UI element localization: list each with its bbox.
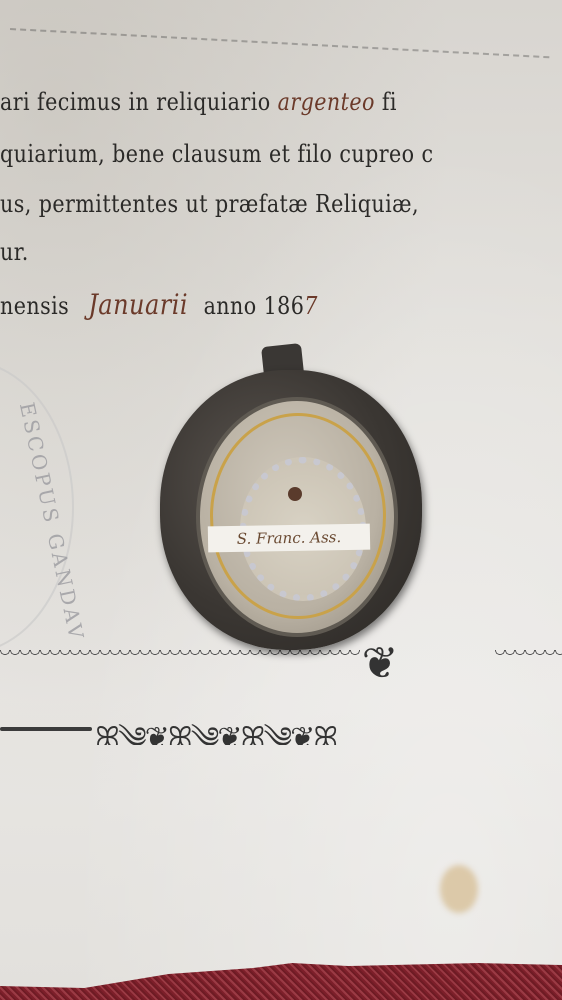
relic-fragment <box>288 487 302 501</box>
wavy-rule-right <box>495 650 562 660</box>
center-ornament: ❦ <box>340 640 420 790</box>
photo-scene: ari fecimus in reliquiario argenteo fi q… <box>0 0 562 1000</box>
straight-rule <box>0 727 92 731</box>
dotted-rule <box>10 28 549 60</box>
handwritten-month: Januarii <box>88 288 188 321</box>
document-line-1: ari fecimus in reliquiario argenteo fi <box>0 88 397 116</box>
relic-label: S. Franc. Ass. <box>208 524 370 553</box>
document-line-5: nensis Januarii anno 1867 <box>0 288 318 321</box>
document-line-4: ur. <box>0 238 29 266</box>
handwritten-word: argenteo <box>278 88 375 116</box>
wavy-rule-left <box>0 650 360 660</box>
paper-stain <box>440 865 478 913</box>
document-line-3: us, permittentes ut præfatæ Reliquiæ, <box>0 190 419 218</box>
reliquary: S. Franc. Ass. <box>160 345 430 650</box>
document-line-2: quiarium, bene clausum et filo cupreo c <box>0 140 434 168</box>
ornamental-border: ꕤ༄❦ꕤ༄❦ꕤ༄❦ꕤ <box>95 705 562 745</box>
